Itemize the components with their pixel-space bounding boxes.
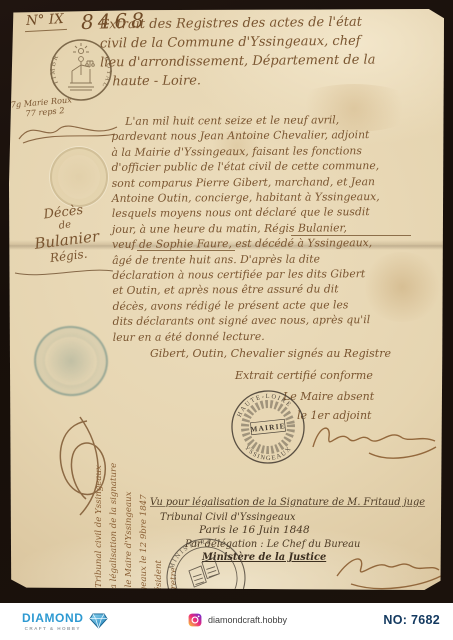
name-underline — [291, 235, 411, 236]
justice-stamp-bottom-text: DE LA JUSTICE — [180, 587, 238, 590]
adjoint-signature — [309, 417, 439, 465]
body-line: déclaration à nous certifiée par les dit… — [112, 266, 380, 283]
delegate-signature — [331, 540, 444, 590]
document-photo-frame: N° IX 8468 TIMBRE ROYAL — [0, 0, 453, 603]
underline — [25, 29, 67, 32]
name-underline — [137, 250, 235, 251]
embossed-seal — [50, 147, 108, 207]
margin-death-note: Décès de Bulanier Régis. — [12, 199, 120, 269]
instagram-icon — [188, 613, 202, 627]
seated-justice-figure — [68, 43, 94, 90]
body-line: leur en a été donné lecture. — [113, 328, 381, 345]
margin-note-top: 7g Marie Roux 77 reps 2 — [10, 94, 73, 119]
body-line: lesquels moyens nous ont déclaré que le … — [112, 205, 380, 222]
svg-text:DE LA JUSTICE: DE LA JUSTICE — [180, 587, 238, 590]
manuscript-paper: N° IX 8468 TIMBRE ROYAL — [9, 9, 444, 590]
vertical-note-line: de M. le Maire d'Yssingeaux — [122, 430, 137, 590]
svg-text:HAUTE-LOIRE: HAUTE-LOIRE — [234, 390, 294, 419]
body-line: et Outin, et après nous être assuré du d… — [112, 282, 380, 299]
legalization-line: Tribunal Civil d'Yssingeaux — [160, 511, 296, 525]
vertical-note-line: Yssingeaux le 12 9bre 1847 — [137, 430, 152, 590]
margin-flourish — [13, 117, 121, 147]
body-line: pardevant nous Jean Antoine Chevalier, a… — [111, 127, 379, 144]
diamond-icon — [89, 613, 108, 629]
footer-bar: DIAMOND CRAFT & HOBBY — [0, 603, 453, 640]
legalization-line: Vu pour légalisation de la Signature de … — [150, 496, 425, 510]
vertical-note-line: Vu au Tribunal civil de Yssingeaux — [92, 430, 107, 590]
brand-subtitle: CRAFT & HOBBY — [25, 626, 81, 631]
registry-number: N° IX — [26, 11, 65, 29]
vertical-note-line: pour la légalisation de la signature — [107, 430, 122, 590]
body-line: d'officier public de l'état civil de cet… — [112, 158, 380, 175]
svg-text:TIMBRE: TIMBRE — [47, 36, 61, 86]
title-line: lieu d'arrondissement, Département de la — [100, 51, 375, 73]
product-image: N° IX 8468 TIMBRE ROYAL — [0, 0, 453, 640]
title-line: haute - Loire. — [112, 70, 375, 92]
timbre-text: TIMBRE — [47, 36, 61, 86]
brand-logo: DIAMOND CRAFT & HOBBY — [22, 611, 108, 631]
body-text: L'an mil huit cent seize et le neuf avri… — [111, 112, 381, 345]
product-number: NO: 7682 — [383, 613, 440, 627]
closing-line: Extrait certifié conforme — [235, 369, 373, 382]
document-title: Extrait des Registres des actes de l'éta… — [100, 13, 376, 92]
law-tablets-emblem — [187, 558, 220, 588]
closing-line: Gibert, Outin, Chevalier signés au Regis… — [150, 347, 391, 360]
instagram-block: diamondcraft.hobby — [188, 613, 287, 627]
body-line: âgé de trente huit ans. D'après la dite — [112, 251, 380, 268]
body-line: dits déclarants ont signé avec nous, apr… — [113, 312, 381, 329]
death-note-flourish — [13, 265, 117, 279]
mairie-stamp-top-text: HAUTE-LOIRE — [234, 390, 294, 419]
brand-name: DIAMOND — [22, 611, 84, 625]
mairie-stamp: HAUTE-LOIRE YSSINGEAUX MAIRIE — [224, 383, 312, 471]
blue-oval-stamp — [29, 321, 112, 401]
instagram-handle: diamondcraft.hobby — [208, 615, 287, 625]
body-line: décès, avons rédigé le présent acte que … — [112, 297, 380, 314]
